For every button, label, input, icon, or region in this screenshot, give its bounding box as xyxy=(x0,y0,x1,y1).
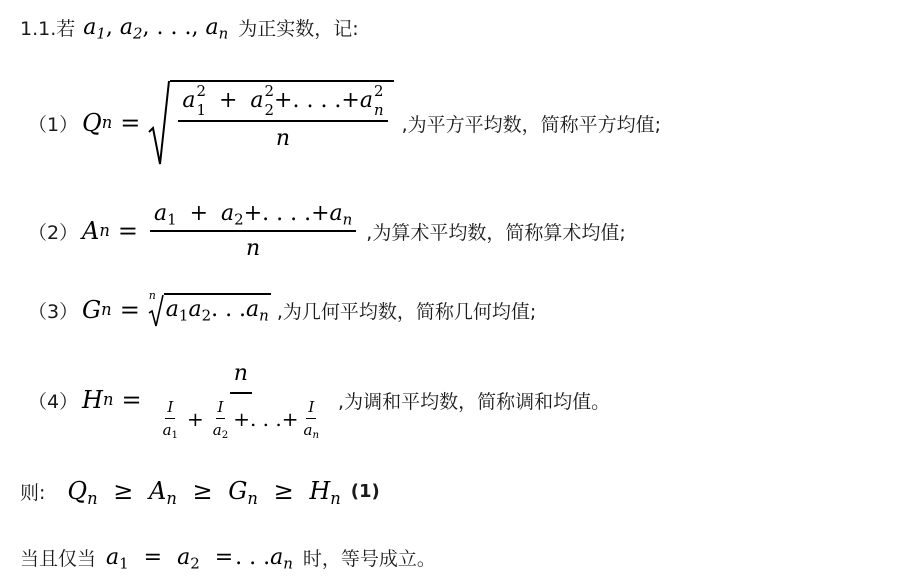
nth-root: n a1a2. . .an xyxy=(148,293,271,327)
conclusion-inequality: 则: Qn ≥ An ≥ Gn ≥ Hn (1) xyxy=(20,474,380,508)
intro-sequence: a1, a2, . . ., an xyxy=(83,15,228,40)
equation-tag: (1) xyxy=(351,481,380,502)
formula-a: An = a1 + a2+. . . .+an n xyxy=(82,201,360,261)
formula-q: Qn = a21 + a22+. . . .+a2n n xyxy=(82,80,394,166)
intro-prefix: 1.1.若 xyxy=(20,14,75,41)
definition-description: ,为算术平均数，简称算术均值; xyxy=(366,218,625,245)
definition-arithmetic-mean: （2） An = a1 + a2+. . . .+an n ,为算术平均数，简称… xyxy=(28,198,626,264)
definition-quadratic-mean: （1） Qn = a21 + a22+. . . .+a2n n ,为平方平均数… xyxy=(28,78,661,168)
square-root: a21 + a22+. . . .+a2n n xyxy=(148,80,393,166)
definition-label: （2） xyxy=(28,218,82,245)
definition-description: ,为几何平均数，简称几何均值; xyxy=(277,297,536,324)
intro-suffix: 为正实数，记: xyxy=(238,14,358,41)
definition-harmonic-mean: （4） Hn = n Ia1 + Ia2 +. . .+ Ian ,为调和平均数… xyxy=(28,356,610,444)
definition-description: ,为平方平均数，简称平方均值; xyxy=(402,110,661,137)
definition-label: （3） xyxy=(28,297,82,324)
definition-geometric-mean: （3） Gn = n a1a2. . .an ,为几何平均数，简称几何均值; xyxy=(28,290,536,330)
formula-g: Gn = n a1a2. . .an xyxy=(82,293,271,327)
definition-description: ,为调和平均数，简称调和均值。 xyxy=(338,387,610,414)
definition-label: （1） xyxy=(28,110,82,137)
mean-inequality: Qn ≥ An ≥ Gn ≥ Hn xyxy=(67,477,340,505)
condition-prefix: 当且仅当 xyxy=(20,544,96,571)
intro-line: 1.1.若 a1, a2, . . ., an 为正实数，记: xyxy=(20,12,359,42)
condition-formula: a1 = a2 =. . .an xyxy=(106,545,293,570)
definition-label: （4） xyxy=(28,387,82,414)
condition-suffix: 时，等号成立。 xyxy=(303,544,436,571)
formula-h: Hn = n Ia1 + Ia2 +. . .+ Ian xyxy=(82,361,332,439)
equality-condition: 当且仅当 a1 = a2 =. . .an 时，等号成立。 xyxy=(20,540,436,574)
conclusion-prefix: 则: xyxy=(20,478,45,505)
radical-sign-icon xyxy=(148,80,170,166)
